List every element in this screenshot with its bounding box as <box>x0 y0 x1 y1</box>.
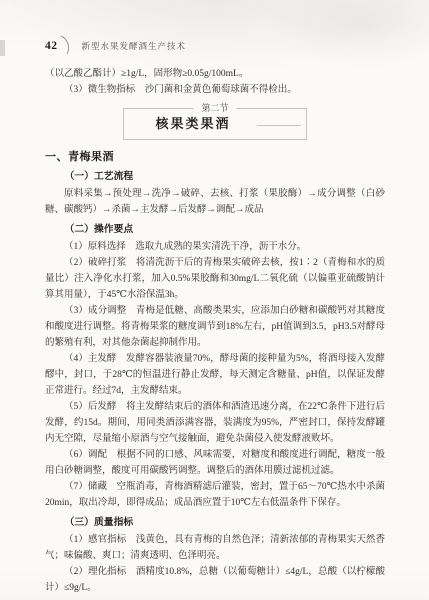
operation-step: （3）成分调整 青梅是低糖、高酸类果实，应添加白砂糖和碳酸钙对其糖度和酸度进行调… <box>45 303 385 351</box>
page-number-arc-icon <box>60 35 72 55</box>
operation-step: （7）储藏 空瓶消毒，青梅酒精滤后灌装，密封，置于65～70℃热水中杀菌20mi… <box>45 479 385 511</box>
page-number-wrap: 42 <box>45 37 72 55</box>
section-title-rule <box>257 125 301 126</box>
running-header: 42 新型水果发酵酒生产技术 <box>45 36 385 56</box>
page-content: 42 新型水果发酵酒生产技术 （以乙酸乙酯计）≥1g/L，固形物≥0.05g/1… <box>0 0 429 596</box>
intro-line-micro-index: （3）微生物指标 沙门菌和金黄色葡萄球菌不得检出。 <box>45 82 385 98</box>
scan-artifact <box>0 40 5 56</box>
quality-heading: （三）质量指标 <box>45 515 385 531</box>
section-title: 核果类果酒 <box>124 116 262 132</box>
process-heading: （一）工艺流程 <box>45 169 385 185</box>
book-page: 42 新型水果发酵酒生产技术 （以乙酸乙酯计）≥1g/L，固形物≥0.05g/1… <box>0 0 429 600</box>
operation-step: （4）主发酵 发酵容器装液量70%，酵母菌的接种量为5%，将酒母接入发酵醪中，封… <box>45 351 385 399</box>
article-heading: 一、青梅果酒 <box>45 149 385 165</box>
operation-step: （5）后发酵 将主发酵结束后的酒体和酒渣迅速分离，在22℃条件下进行后发酵，约1… <box>45 399 385 447</box>
section-label: 第二节 <box>193 102 236 115</box>
process-flow: 原料采集→预处理→洗净→破碎、去核、打浆（果胶酶）→成分调整（白砂糖、碳酸钙）→… <box>45 186 385 218</box>
book-title: 新型水果发酵酒生产技术 <box>82 40 187 52</box>
operations-heading: （二）操作要点 <box>45 222 385 238</box>
intro-line-continuation: （以乙酸乙酯计）≥1g/L，固形物≥0.05g/100mL。 <box>45 66 385 82</box>
operation-step: （2）破碎打浆 将清洗沥干后的青梅果实破碎去核，按1∶2（青梅和水的质量比）注入… <box>45 255 385 303</box>
page-number: 42 <box>45 40 58 52</box>
operation-step: （1）原料选择 选取九成熟的果实清洗干净，沥干水分。 <box>45 239 385 255</box>
body-text: （以乙酸乙酯计）≥1g/L，固形物≥0.05g/100mL。 （3）微生物指标 … <box>45 66 385 596</box>
operation-step: （6）调配 根据不同的口感、风味需要，对糖度和酸度进行调配，糖度一般用白砂糖调整… <box>45 447 385 479</box>
quality-item: （1）感官指标 浅黄色，具有青梅的自然色泽；清新浓郁的青梅果实天然香气；味偏酸、… <box>45 532 385 564</box>
section-heading-box: 第二节 核果类果酒 <box>123 108 307 140</box>
quality-item: （2）理化指标 酒精度10.8%，总糖（以葡萄糖计）≤4g/L，总酸（以柠檬酸计… <box>45 564 385 596</box>
